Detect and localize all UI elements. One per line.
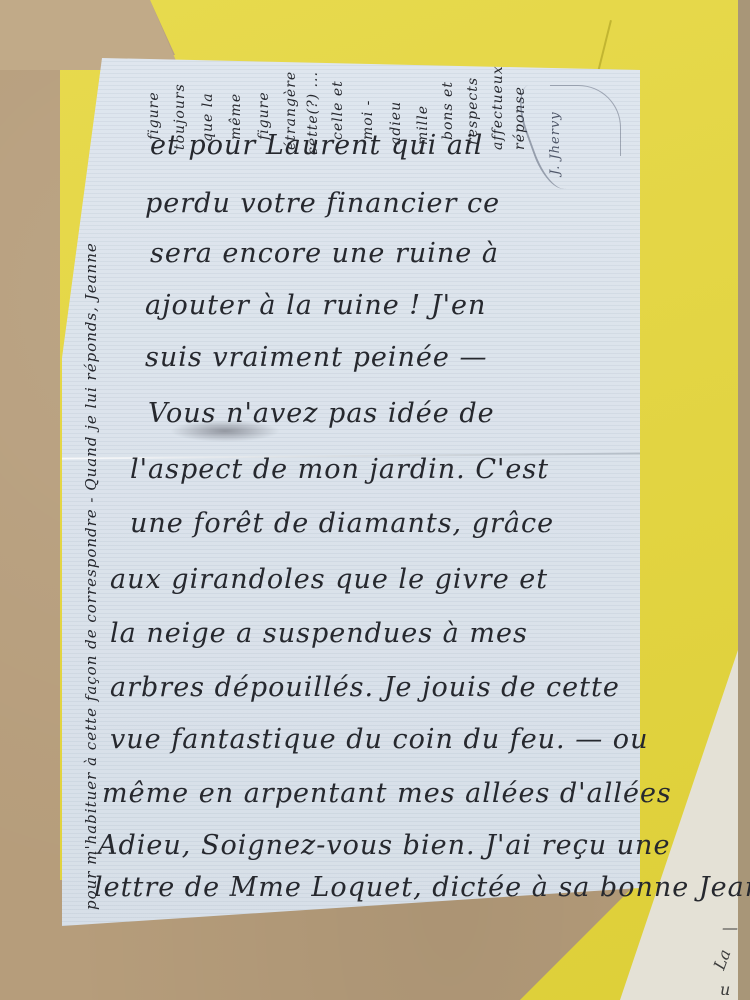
letter-line: arbres dépouillés. Je jouis de cette <box>110 672 620 703</box>
second-letter-fragment: — <box>722 918 738 937</box>
letter-line: lettre de Mme Loquet, dictée à sa bonne … <box>94 872 750 903</box>
letter-line: et pour Laurent qui ail <box>150 130 483 161</box>
letter-line: une forêt de diamants, grâce <box>130 508 554 539</box>
signature: J. Jhervy <box>548 111 563 175</box>
photo-scene: — La u figure toujours que la même figur… <box>0 0 750 1000</box>
letter-line: sera encore une ruine à <box>150 238 499 269</box>
right-edge-strip <box>738 0 750 1000</box>
vertical-note: affectueux <box>490 65 506 150</box>
letter-line: l'aspect de mon jardin. C'est <box>130 454 549 485</box>
letter-line: Vous n'avez pas idée de <box>148 398 495 429</box>
letter-line: la neige a suspendues à mes <box>110 618 528 649</box>
letter-line: Adieu, Soignez-vous bien. J'ai reçu une <box>98 830 670 861</box>
letter-line: perdu votre financier ce <box>145 188 500 219</box>
letter-line: vue fantastique du coin du feu. — ou <box>110 724 648 755</box>
letter-line: même en arpentant mes allées d'allées <box>102 778 672 809</box>
second-letter-fragment: u <box>720 980 730 999</box>
margin-postscript: pour m'habituer à cette façon de corresp… <box>82 242 100 910</box>
letter-line: ajouter à la ruine ! J'en <box>145 290 486 321</box>
letter-line: suis vraiment peinée — <box>145 342 487 373</box>
letter-line: aux girandoles que le givre et <box>110 564 548 595</box>
